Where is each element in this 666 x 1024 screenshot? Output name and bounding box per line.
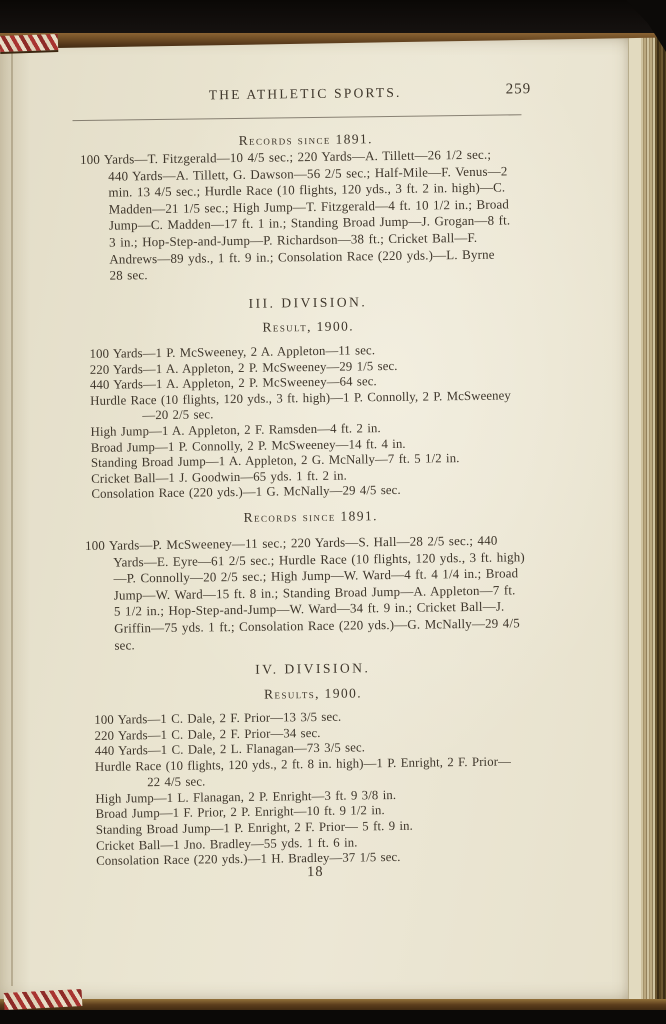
division-4-subtitle: Results, 1900. <box>87 683 539 705</box>
page-number: 259 <box>506 81 532 98</box>
scan-background-top <box>0 0 666 34</box>
running-header-title: THE ATHLETIC SPORTS. <box>79 83 531 105</box>
fore-edge-pages-inner <box>628 28 642 1004</box>
records-heading-2: Records since 1891. <box>85 506 537 528</box>
running-header: THE ATHLETIC SPORTS. 259 <box>79 83 531 107</box>
scan-background-bottom <box>0 1010 666 1024</box>
division-3-subtitle: Result, 1900. <box>82 316 534 338</box>
headband-top <box>0 34 58 54</box>
division-3-title: III. DIVISION. <box>82 292 534 314</box>
fore-edge-pages <box>641 28 655 1004</box>
division-4-results: 100 Yards—1 C. Dale, 2 F. Prior—13 3/5 s… <box>94 707 571 870</box>
division-3-results: 100 Yards—1 P. McSweeney, 2 A. Appleton—… <box>89 341 566 503</box>
scanned-book-page: THE ATHLETIC SPORTS. 259 Records since 1… <box>0 0 666 1024</box>
records-paragraph-1: 100 Yards—T. Fitzgerald—10 4/5 sec.; 220… <box>108 146 540 284</box>
book-cover-right-edge <box>655 28 666 1004</box>
printed-text-block: THE ATHLETIC SPORTS. 259 Records since 1… <box>0 29 636 1008</box>
header-rule <box>73 114 522 121</box>
division-4-title: IV. DIVISION. <box>87 658 539 680</box>
book-page: THE ATHLETIC SPORTS. 259 Records since 1… <box>0 33 630 1004</box>
records-paragraph-2: 100 Yards—P. McSweeney—11 sec.; 220 Yard… <box>113 532 544 654</box>
